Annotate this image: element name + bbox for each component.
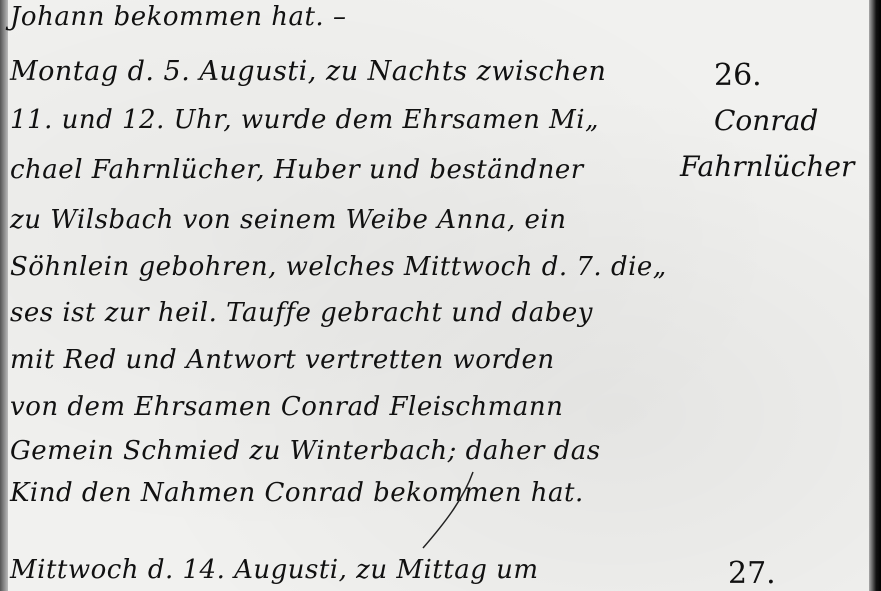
margin-name-surname: Fahrnlücher bbox=[680, 150, 854, 183]
pen-flourish-stroke bbox=[418, 470, 478, 550]
text-line-2: Montag d. 5. Augusti, zu Nachts zwischen bbox=[10, 56, 606, 87]
text-line-11: Kind den Nahmen Conrad bekommen hat. bbox=[10, 478, 584, 508]
text-line-8: mit Red und Antwort vertretten worden bbox=[10, 345, 555, 375]
entry-number-27: 27. bbox=[728, 556, 776, 591]
page-left-edge bbox=[0, 0, 8, 591]
text-line-3: 11. und 12. Uhr, wurde dem Ehrsamen Mi„ bbox=[10, 105, 599, 135]
text-line-6: Söhnlein gebohren, welches Mittwoch d. 7… bbox=[10, 252, 667, 282]
margin-name-given: Conrad bbox=[714, 104, 818, 137]
text-line-9: von dem Ehrsamen Conrad Fleischmann bbox=[10, 392, 563, 422]
text-line-4: chael Fahrnlücher, Huber und beständner bbox=[10, 155, 584, 185]
text-line-1: Johann bekommen hat. – bbox=[10, 2, 346, 32]
text-line-10: Gemein Schmied zu Winterbach; daher das bbox=[10, 436, 601, 466]
entry-number-26: 26. bbox=[714, 58, 762, 93]
page-binding-shadow bbox=[869, 0, 881, 591]
document-page: Johann bekommen hat. – Montag d. 5. Augu… bbox=[0, 0, 881, 591]
text-line-7: ses ist zur heil. Tauffe gebracht und da… bbox=[10, 298, 593, 328]
text-line-12: Mittwoch d. 14. Augusti, zu Mittag um bbox=[10, 555, 539, 585]
text-line-5: zu Wilsbach von seinem Weibe Anna, ein bbox=[10, 205, 566, 235]
